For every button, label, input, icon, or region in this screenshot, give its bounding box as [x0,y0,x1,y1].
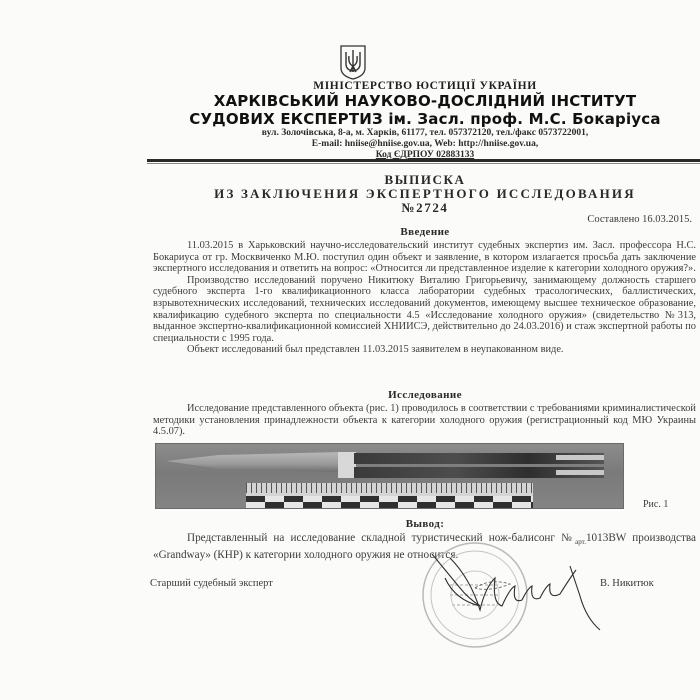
ruler-checks-alt [246,502,533,508]
header-divider [147,159,700,162]
introduction-paragraph: 11.03.2015 в Харьковский научно-исследов… [153,240,696,275]
ruler-ticks [246,483,533,493]
article-subscript: арт. [575,538,586,546]
scale-ruler [246,483,533,508]
introduction-body: 11.03.2015 в Харьковский научно-исследов… [153,240,696,356]
introduction-paragraph: Объект исследований был представлен 11.0… [153,344,696,356]
knife-photo [155,443,624,509]
header-divider-thin [147,163,700,164]
signer-position: Старший судебный эксперт [150,578,273,589]
research-heading: Исследование [150,389,700,401]
signer-name: В. Никитюк [600,578,654,589]
introduction-paragraph: Производство исследований поручено Никит… [153,275,696,345]
handle-tip [556,455,604,460]
knife-blade [166,452,341,472]
institute-name-line2: СУДОВИХ ЕКСПЕРТИЗ ім. Засл. проф. М.С. Б… [150,110,700,128]
coat-of-arms-icon [339,44,367,80]
conclusion-heading: Вывод: [150,518,700,530]
handwritten-signature [420,548,610,638]
institute-contacts: E-mail: hniise@hniise.gov.ua, Web: http:… [150,139,700,150]
handle-tip [556,470,604,475]
research-paragraph: Исследование представленного объекта (ри… [153,403,696,438]
composed-date: Составлено 16.03.2015. [587,214,692,225]
introduction-heading: Введение [150,226,700,238]
research-body: Исследование представленного объекта (ри… [153,403,696,438]
ministry-name: МІНІСТЕРСТВО ЮСТИЦІЇ УКРАЇНИ [150,80,700,92]
figure-caption: Рис. 1 [643,499,668,510]
institute-address: вул. Золочівська, 8-а, м. Харків, 61177,… [150,128,700,139]
institute-name-line1: ХАРКІВСЬКИЙ НАУКОВО-ДОСЛІДНИЙ ІНСТИТУТ [150,92,700,110]
